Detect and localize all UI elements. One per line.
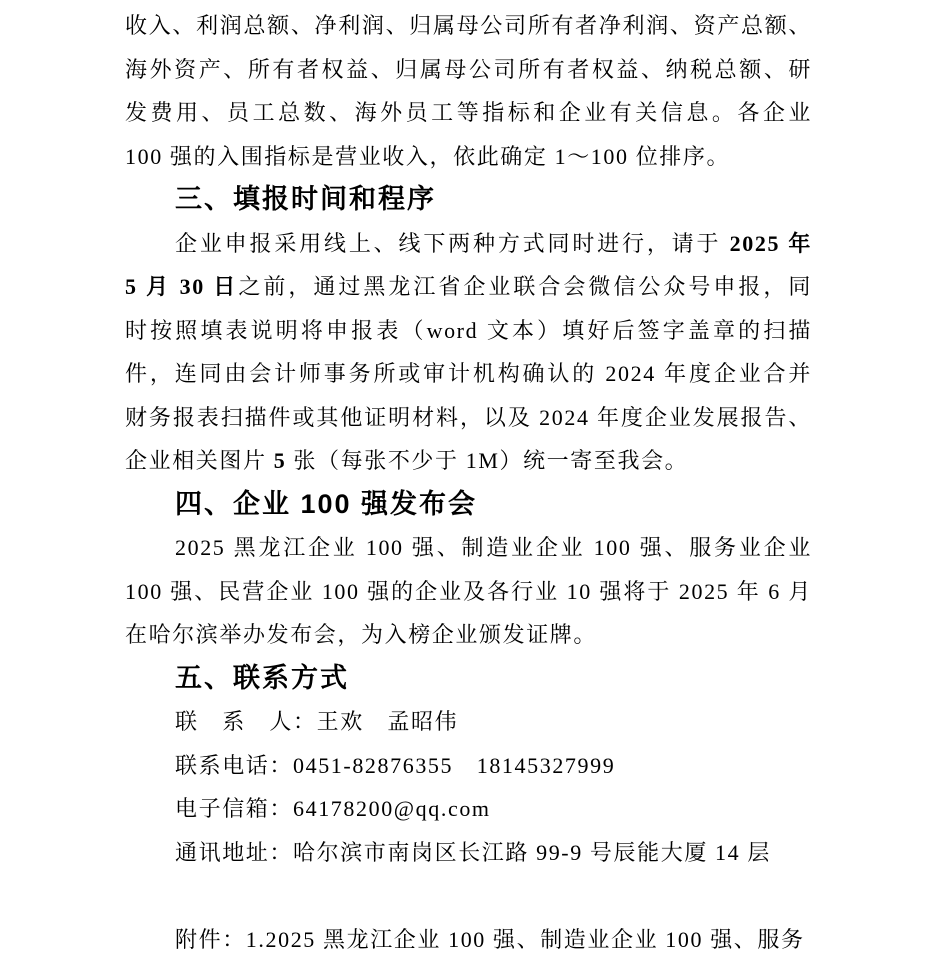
contact-email-line: 电子信箱：64178200@qq.com [125,787,812,831]
text-run: 100 强、民营企业 100 强的企业及各行业 10 强将于 2025 年 6 … [125,579,812,604]
bold-run: 5 月 30 日 [125,274,238,299]
contact-phone-line: 联系电话：0451-82876355 18145327999 [125,744,812,788]
bold-run: 5 [274,448,287,473]
heading-text: 五、联系方式 [175,663,349,693]
body-line: 财务报表扫描件或其他证明材料，以及 2024 年度企业发展报告、 [125,396,812,440]
text-run: 联 系 人：王欢 孟昭伟 [175,709,458,734]
text-run: 企业申报采用线上、线下两种方式同时进行，请于 [175,231,730,256]
body-line: 企业相关图片 5 张（每张不少于 1M）统一寄至我会。 [125,439,812,483]
section-heading-filing-time: 三、填报时间和程序 [125,178,812,222]
contact-address-line: 通讯地址：哈尔滨市南岗区长江路 99-9 号辰能大厦 14 层 [125,831,812,875]
text-run: 之前，通过黑龙江省企业联合会微信公众号申报，同 [238,274,812,299]
text-run: 企业相关图片 [125,448,274,473]
text-run: 收入、利润总额、净利润、归属母公司所有者净利润、资产总额、 [125,13,812,38]
body-line: 海外资产、所有者权益、归属母公司所有者权益、纳税总额、研 [125,48,812,92]
text-run: 电子信箱：64178200@qq.com [175,796,491,821]
body-line: 发费用、员工总数、海外员工等指标和企业有关信息。各企业 [125,91,812,135]
section-heading-release-conference: 四、企业 100 强发布会 [125,483,812,527]
body-line: 企业申报采用线上、线下两种方式同时进行，请于 2025 年 [125,222,812,266]
document-page: 收入、利润总额、净利润、归属母公司所有者净利润、资产总额、 海外资产、所有者权益… [125,4,812,956]
body-line: 在哈尔滨举办发布会，为入榜企业颁发证牌。 [125,613,812,657]
body-line: 5 月 30 日之前，通过黑龙江省企业联合会微信公众号申报，同 [125,265,812,309]
contact-person-line: 联 系 人：王欢 孟昭伟 [125,700,812,744]
text-run: 件，连同由会计师事务所或审计机构确认的 2024 年度企业合并 [125,361,812,386]
section-heading-contact: 五、联系方式 [125,657,812,701]
text-run: 附件：1.2025 黑龙江企业 100 强、制造业企业 100 强、服务 [175,927,805,952]
heading-text: 四、企业 100 强发布会 [175,489,477,519]
bold-run: 2025 年 [730,231,812,256]
body-line: 时按照填表说明将申报表（word 文本）填好后签字盖章的扫描 [125,309,812,353]
body-line: 收入、利润总额、净利润、归属母公司所有者净利润、资产总额、 [125,4,812,48]
text-run: 海外资产、所有者权益、归属母公司所有者权益、纳税总额、研 [125,57,812,82]
body-line: 100 强的入围指标是营业收入，依此确定 1～100 位排序。 [125,135,812,179]
text-run: 发费用、员工总数、海外员工等指标和企业有关信息。各企业 [125,100,812,125]
body-line: 件，连同由会计师事务所或审计机构确认的 2024 年度企业合并 [125,352,812,396]
body-line: 100 强、民营企业 100 强的企业及各行业 10 强将于 2025 年 6 … [125,570,812,614]
text-run: 100 强的入围指标是营业收入，依此确定 1～100 位排序。 [125,144,730,169]
attachment-line: 附件：1.2025 黑龙江企业 100 强、制造业企业 100 强、服务 [125,918,812,957]
text-run: 时按照填表说明将申报表（word 文本）填好后签字盖章的扫描 [125,318,812,343]
text-run: 联系电话：0451-82876355 18145327999 [175,753,615,778]
text-run: 在哈尔滨举办发布会，为入榜企业颁发证牌。 [125,622,597,647]
blank-line [125,874,812,918]
text-run: 2025 黑龙江企业 100 强、制造业企业 100 强、服务业企业 [175,535,812,560]
text-run: 财务报表扫描件或其他证明材料，以及 2024 年度企业发展报告、 [125,405,812,430]
text-run: 通讯地址：哈尔滨市南岗区长江路 99-9 号辰能大厦 14 层 [175,840,771,865]
body-line: 2025 黑龙江企业 100 强、制造业企业 100 强、服务业企业 [125,526,812,570]
heading-text: 三、填报时间和程序 [175,184,436,214]
text-run: 张（每张不少于 1M）统一寄至我会。 [286,448,688,473]
